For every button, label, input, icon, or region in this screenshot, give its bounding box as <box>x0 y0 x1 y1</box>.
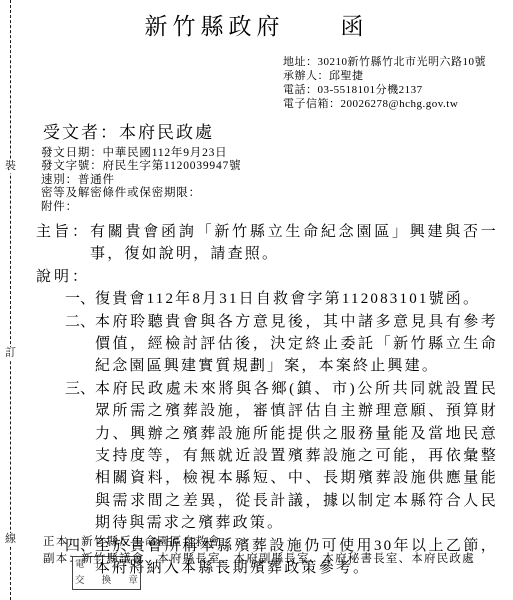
binding-mark-xian: 線 <box>2 533 19 546</box>
recipient-line: 受文者：本府民政處 <box>43 118 214 143</box>
footer-original: 正本：新竹縣反生命園區自救會 <box>43 534 503 551</box>
list-item: 一、 復貴會112年8月31日自救會字第112083101號函。 <box>65 288 498 310</box>
item-text: 本府聆聽貴會與各方意見後，其中諸多意見具有參考價值，經檢討評估後，決定終止委託「… <box>95 311 498 378</box>
binding-mark-zhuang: 裝 <box>2 160 19 173</box>
subject-text: 有關貴會函詢「新竹縣立生命紀念園區」興建與否一事，復如說明，請查照。 <box>90 221 498 266</box>
item-text: 本府民政處未來將與各鄉(鎮、市)公所共同就設置民眾所需之殯葬設施，審慎評估自主辦… <box>95 378 498 535</box>
stamp-line-2: 交 換 章 <box>75 574 138 588</box>
list-item: 三、 本府民政處未來將與各鄉(鎮、市)公所共同就設置民眾所需之殯葬設施，審慎評估… <box>65 378 498 535</box>
subject-label: 主旨： <box>36 221 90 266</box>
description-label: 說明： <box>36 266 498 288</box>
document-title: 新竹縣政府 函 <box>0 8 513 41</box>
item-number: 二、 <box>65 311 95 378</box>
item-number: 一、 <box>65 288 95 310</box>
subject-row: 主旨： 有關貴會函詢「新竹縣立生命紀念園區」興建與否一事，復如說明，請查照。 <box>36 221 498 266</box>
contact-block: 地址：30210新竹縣竹北市光明六路10號 承辦人：邱聖捷 電話：03-5518… <box>283 55 486 111</box>
meta-security: 密等及解密條件或保密期限： <box>41 187 241 200</box>
meta-doc-number: 發文字號：府民生字第1120039947號 <box>41 160 241 173</box>
list-item: 二、 本府聆聽貴會與各方意見後，其中諸多意見具有參考價值，經檢討評估後，決定終止… <box>65 311 498 378</box>
meta-speed: 速別：普通件 <box>41 174 241 187</box>
item-number: 三、 <box>65 378 95 535</box>
contact-address: 地址：30210新竹縣竹北市光明六路10號 <box>283 55 486 69</box>
item-text: 復貴會112年8月31日自救會字第112083101號函。 <box>95 288 498 310</box>
official-letter-page: 裝 訂 線 新竹縣政府 函 地址：30210新竹縣竹北市光明六路10號 承辦人：… <box>0 0 513 600</box>
contact-person: 承辦人：邱聖捷 <box>283 69 486 83</box>
binding-dashed-line <box>10 0 11 600</box>
letter-body: 主旨： 有關貴會函詢「新竹縣立生命紀念園區」興建與否一事，復如說明，請查照。 說… <box>36 221 498 580</box>
meta-date: 發文日期：中華民國112年9月23日 <box>41 147 241 160</box>
binding-mark-ding: 訂 <box>2 347 19 360</box>
footer-copy: 副本：新竹縣議會、本府縣長室、本府副縣長室、本府秘書長室、本府民政處 <box>43 551 503 568</box>
contact-email: 電子信箱：20026278@hchg.gov.tw <box>283 97 486 111</box>
footer-block: 正本：新竹縣反生命園區自救會 副本：新竹縣議會、本府縣長室、本府副縣長室、本府秘… <box>43 534 503 567</box>
contact-phone: 電話：03-5518101分機2137 <box>283 83 486 97</box>
meta-attachment: 附件： <box>41 201 241 214</box>
meta-block: 發文日期：中華民國112年9月23日 發文字號：府民生字第1120039947號… <box>41 147 241 214</box>
